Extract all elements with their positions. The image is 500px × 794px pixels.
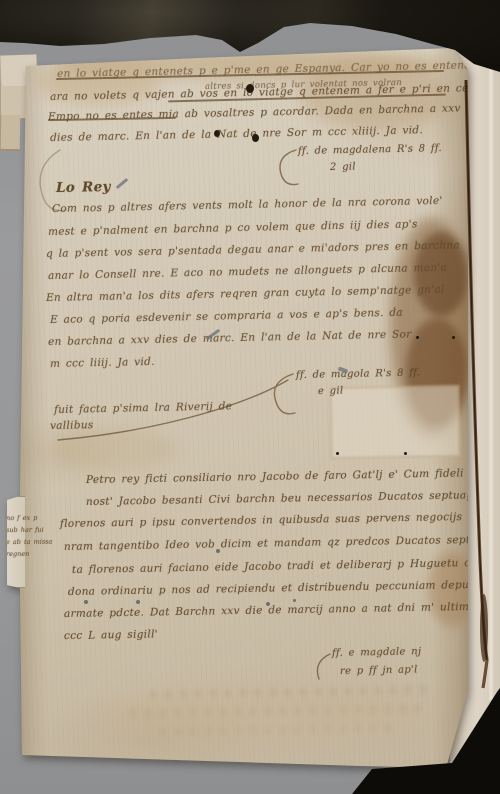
- speck: [216, 549, 220, 553]
- speck: [84, 600, 88, 604]
- ink-blot: [214, 130, 220, 137]
- chancery-signature: re p ff jn ap'l: [340, 664, 418, 677]
- margin-note-line: sub har fui: [6, 526, 44, 534]
- speck: [293, 599, 296, 602]
- page-left-shading: [18, 60, 48, 760]
- pencil-mark: [116, 178, 129, 189]
- margin-note-line: e ab ta missa: [6, 538, 52, 546]
- show-through-text: [150, 686, 430, 699]
- manuscript-line: m ccc liiij. Ja vid.: [50, 356, 155, 370]
- repair-patch: [329, 385, 460, 459]
- manuscript-photo: en lo viatge q entenets p e p'me en ge E…: [0, 0, 500, 794]
- manuscript-line: q la p'sent vos sera p'sentada degau ana…: [46, 239, 460, 260]
- manuscript-line: ta florenos auri faciano eide Jacobo tra…: [72, 557, 483, 576]
- speck: [266, 602, 270, 606]
- registrar-note-line: fuit facta p'sima lra Riverij de: [54, 400, 232, 416]
- show-through-text: [160, 724, 400, 736]
- manuscript-line: Petro rey ficti consiliario nro Jacobo d…: [86, 467, 464, 486]
- page-shadow: en lo viatge q entenets p e p'me en ge E…: [0, 0, 500, 794]
- manuscript-line: nost' Jacobo besanti Civi barchn beu nec…: [86, 489, 489, 508]
- registrar-note-line: vallibus: [50, 419, 94, 432]
- manuscript-line: anar lo Consell nre. E aco no mudets ne …: [48, 262, 447, 282]
- chancery-signature: ff. de magdalena R's 8 ff.: [298, 143, 442, 157]
- ink-speck: [336, 452, 339, 455]
- manuscript-line: mest e p'nalment en barchna p co volem q…: [48, 218, 418, 238]
- chancery-signature: ff. de magola R's 8 ff.: [296, 367, 421, 381]
- section-heading-lo-rey: Lo Rey: [56, 179, 111, 196]
- ink-blot: [246, 84, 254, 93]
- ink-speck: [452, 336, 455, 339]
- speck: [136, 600, 140, 604]
- manuscript-line: dona ordinariu p nos ad recipiendu et di…: [68, 579, 491, 598]
- show-through-text: [130, 704, 430, 717]
- manuscript-line: En altra man'a los dits afers reqren gra…: [46, 284, 445, 304]
- manuscript-page: en lo viatge q entenets p e p'me en ge E…: [0, 0, 500, 794]
- ink-blot: [252, 134, 259, 142]
- margin-note-line: no f ex p: [6, 514, 37, 522]
- ink-speck: [416, 336, 419, 339]
- manuscript-line: E aco q poria esdevenir se compraria a v…: [50, 307, 403, 326]
- manuscript-line: ccc L aug sigill': [64, 628, 158, 642]
- ink-speck: [404, 452, 407, 455]
- manuscript-line: dies de marc. En l'an de la Nat de nre S…: [50, 124, 423, 144]
- margin-note-line: regnen: [6, 550, 29, 558]
- chancery-signature: 2 gil: [330, 161, 356, 173]
- chancery-signature: e gil: [318, 385, 344, 397]
- chancery-signature: ff. e magdale nj: [332, 646, 422, 659]
- manuscript-line: Com nos p altres afers vents molt la hon…: [52, 195, 443, 215]
- stain: [52, 428, 176, 470]
- manuscript-line: en barchna a xxv dies de marc. En l'an d…: [48, 328, 412, 348]
